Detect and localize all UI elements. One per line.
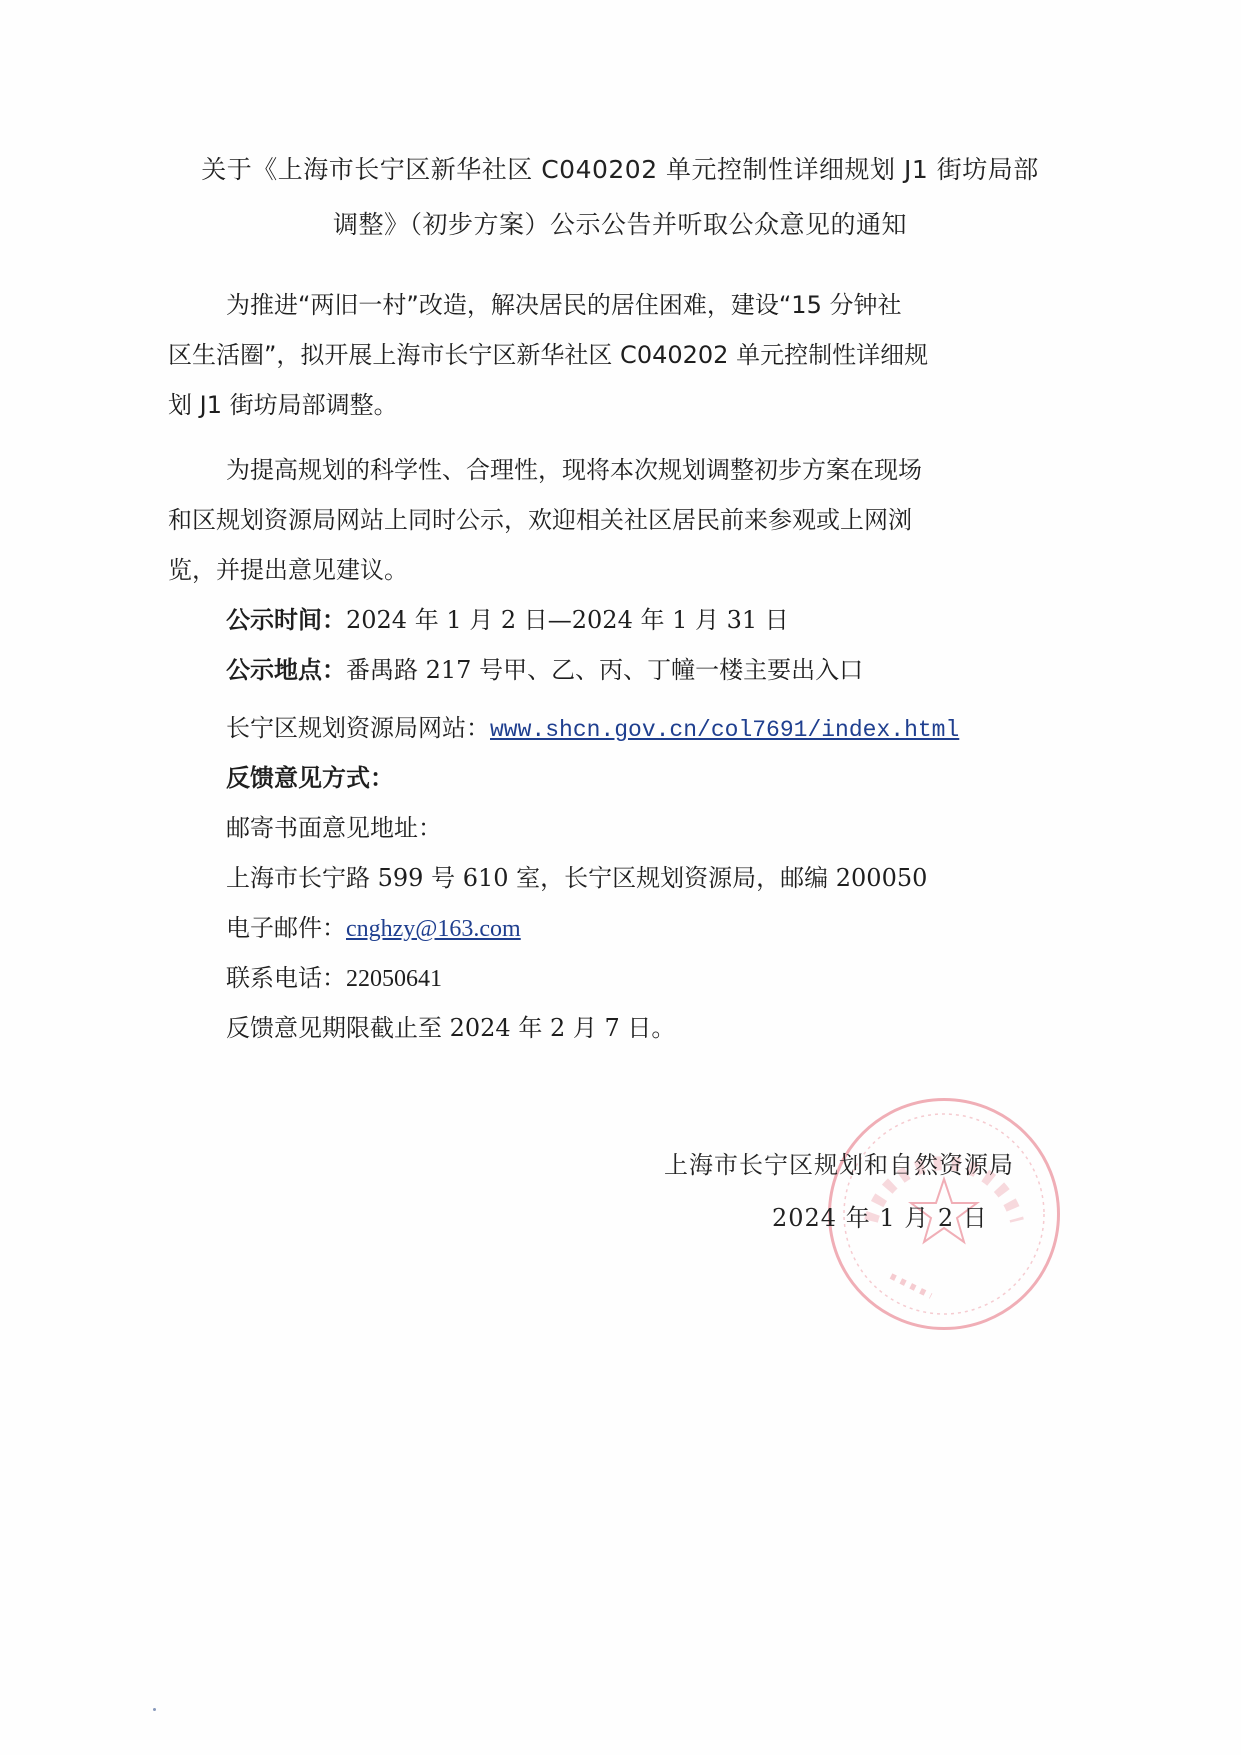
feedback-heading: 反馈意见方式： bbox=[226, 763, 394, 793]
notice-title-line-1: 关于《上海市长宁区新华社区 C040202 单元控制性详细规划 J1 街坊局部 bbox=[150, 150, 1090, 186]
publicity-location-value: 番禺路 217 号甲、乙、丙、丁幢一楼主要出入口 bbox=[346, 656, 863, 684]
paragraph-2-line-3: 览，并提出意见建议。 bbox=[168, 555, 408, 585]
notice-title-line-2: 调整》（初步方案）公示公告并听取公众意见的通知 bbox=[150, 205, 1090, 241]
publicity-time: 公示时间：2024 年 1 月 2 日—2024 年 1 月 31 日 bbox=[226, 605, 789, 635]
email-link[interactable]: cnghzy@163.com bbox=[346, 916, 521, 942]
phone-number: 22050641 bbox=[346, 966, 442, 992]
paragraph-2-line-2: 和区规划资源局网站上同时公示，欢迎相关社区居民前来参观或上网浏 bbox=[168, 505, 912, 535]
mail-label: 邮寄书面意见地址： bbox=[226, 813, 442, 843]
email-label: 电子邮件： bbox=[226, 914, 346, 942]
website-line: 长宁区规划资源局网站：www.shcn.gov.cn/col7691/index… bbox=[226, 713, 959, 745]
signature-date: 2024 年 1 月 2 日 bbox=[772, 1203, 988, 1233]
publicity-time-value: 2024 年 1 月 2 日—2024 年 1 月 31 日 bbox=[346, 606, 789, 634]
website-label: 长宁区规划资源局网站： bbox=[226, 714, 490, 742]
paragraph-1-line-1: 为推进“两旧一村”改造，解决居民的居住困难，建设“15 分钟社 bbox=[226, 290, 901, 320]
phone-label: 联系电话： bbox=[226, 964, 346, 992]
email-line: 电子邮件：cnghzy@163.com bbox=[226, 913, 521, 944]
paragraph-1-line-2: 区生活圈”，拟开展上海市长宁区新华社区 C040202 单元控制性详细规 bbox=[168, 340, 928, 370]
feedback-deadline: 反馈意见期限截止至 2024 年 2 月 7 日。 bbox=[226, 1013, 675, 1043]
phone-line: 联系电话：22050641 bbox=[226, 963, 442, 994]
document-page: 关于《上海市长宁区新华社区 C040202 单元控制性详细规划 J1 街坊局部 … bbox=[0, 0, 1241, 1755]
signature-organization: 上海市长宁区规划和自然资源局 bbox=[664, 1150, 1014, 1180]
paragraph-1-line-3: 划 J1 街坊局部调整。 bbox=[168, 390, 398, 420]
mail-address: 上海市长宁路 599 号 610 室，长宁区规划资源局，邮编 200050 bbox=[226, 863, 927, 893]
publicity-time-label: 公示时间： bbox=[226, 606, 346, 634]
publicity-location-label: 公示地点： bbox=[226, 656, 346, 684]
scan-speck bbox=[153, 1708, 156, 1711]
website-link[interactable]: www.shcn.gov.cn/col7691/index.html bbox=[490, 717, 959, 743]
publicity-location: 公示地点：番禺路 217 号甲、乙、丙、丁幢一楼主要出入口 bbox=[226, 655, 863, 685]
paragraph-2-line-1: 为提高规划的科学性、合理性，现将本次规划调整初步方案在现场 bbox=[226, 455, 922, 485]
